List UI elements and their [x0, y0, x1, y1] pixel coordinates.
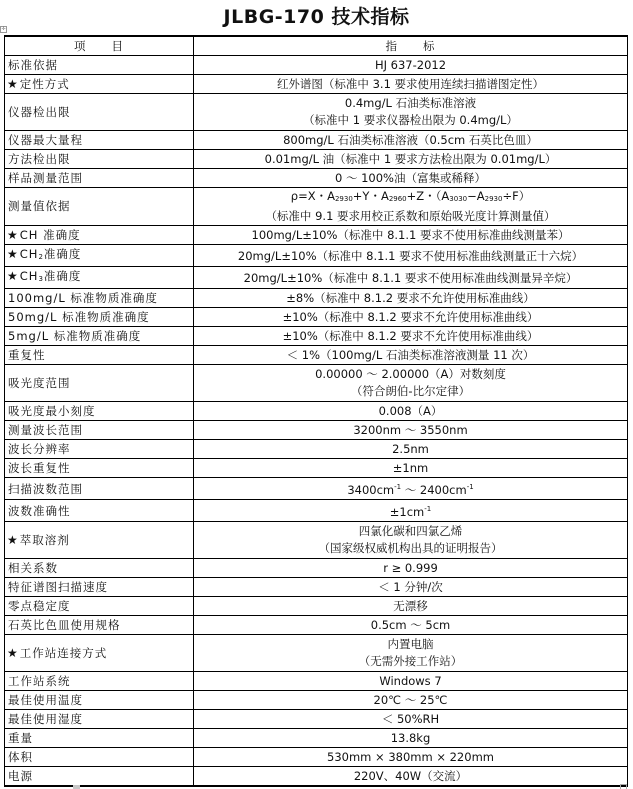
- value-line: 四氯化碳和四氯乙烯: [197, 523, 624, 540]
- star-icon: ★: [7, 646, 19, 660]
- spec-item-cell: ★工作站连接方式: [5, 635, 194, 672]
- formula-subscript: 3030: [449, 195, 467, 203]
- table-row: 仪器最大量程800mg/L 石油类标准溶液（0.5cm 石英比色皿）: [5, 131, 628, 150]
- table-row: 测量波长范围3200nm ～ 3550nm: [5, 421, 628, 440]
- spec-value-cell: 3400cm-1 ～ 2400cm-1: [194, 478, 628, 500]
- spec-item-cell: 波长分辨率: [5, 440, 194, 459]
- value-part: ～ 2400cm: [401, 483, 467, 497]
- table-row: 测量值依据ρ=X・A2930+Y・A2960+Z・（A3030−A2930÷F）…: [5, 188, 628, 226]
- header-spec: 指 标: [194, 36, 628, 56]
- item-label: 零点稳定度: [8, 599, 71, 613]
- value-line: ±8%（标准中 8.1.2 要求不允许使用标准曲线）: [197, 289, 624, 307]
- spec-item-cell: 重量: [5, 729, 194, 748]
- spec-value-cell: 100mg/L±10%（标准中 8.1.1 要求不使用标准曲线测量苯）: [194, 226, 628, 245]
- item-label: 样品测量范围: [8, 171, 83, 185]
- spec-value-cell: ρ=X・A2930+Y・A2960+Z・（A3030−A2930÷F）（标准中 …: [194, 188, 628, 226]
- item-label: 体积: [8, 750, 33, 764]
- spec-value-cell: ＜ 1 分钟/次: [194, 578, 628, 597]
- item-label: 最佳使用温度: [8, 693, 83, 707]
- spec-item-cell: 工作站系统: [5, 672, 194, 691]
- page-margin-marker: [73, 785, 80, 789]
- spec-item-cell: 吸光度最小刻度: [5, 402, 194, 421]
- formula-subscript: 2930: [335, 195, 353, 203]
- value-line: （符合朗伯-比尔定律）: [197, 383, 624, 400]
- value-line: 20mg/L±10%（标准中 8.1.1 要求不使用标准曲线测量正十六烷）: [197, 247, 624, 265]
- value-line: 3400cm-1 ～ 2400cm-1: [197, 478, 624, 499]
- table-row: ★CH2准确度20mg/L±10%（标准中 8.1.1 要求不使用标准曲线测量正…: [5, 245, 628, 267]
- table-row: 仪器检出限0.4mg/L 石油类标准溶液（标准中 1 要求仪器检出限为 0.4m…: [5, 94, 628, 131]
- formula-part: +Z・（A: [407, 189, 450, 203]
- table-row: 重量13.8kg: [5, 729, 628, 748]
- table-row: 波长重复性±1nm: [5, 459, 628, 478]
- spec-value-cell: Windows 7: [194, 672, 628, 691]
- spec-item-cell: 测量值依据: [5, 188, 194, 226]
- spec-value-cell: 无漂移: [194, 597, 628, 616]
- table-row: ★定性方式红外谱图（标准中 3.1 要求使用连续扫描谱图定性）: [5, 75, 628, 94]
- value-line: ＜ 1 分钟/次: [197, 578, 624, 596]
- table-row: 波长分辨率2.5nm: [5, 440, 628, 459]
- value-line: ＜ 50%RH: [197, 710, 624, 728]
- table-row: 重复性＜ 1%（100mg/L 石油类标准溶液测量 11 次）: [5, 346, 628, 365]
- spec-item-cell: 标准依据: [5, 56, 194, 75]
- item-label: CH 准确度: [20, 228, 81, 242]
- table-row: 吸光度最小刻度0.008（A）: [5, 402, 628, 421]
- star-icon: ★: [7, 77, 19, 91]
- value-part: 3400cm: [347, 483, 394, 497]
- spec-value-cell: 0.01mg/L 油（标准中 1 要求方法检出限为 0.01mg/L）: [194, 150, 628, 169]
- spec-item-cell: ★萃取溶剂: [5, 522, 194, 559]
- spec-value-cell: 13.8kg: [194, 729, 628, 748]
- value-line: 530mm × 380mm × 220mm: [197, 748, 624, 766]
- spec-value-cell: 0.008（A）: [194, 402, 628, 421]
- star-icon: ★: [7, 533, 19, 547]
- item-label: 工作站连接方式: [20, 646, 108, 660]
- item-label: 波长重复性: [8, 461, 71, 475]
- spec-value-cell: 220V、40W（交流）: [194, 767, 628, 787]
- value-line: 100mg/L±10%（标准中 8.1.1 要求不使用标准曲线测量苯）: [197, 226, 624, 244]
- table-row: 样品测量范围0 ～ 100%油（富集或稀释）: [5, 169, 628, 188]
- table-row: 扫描波数范围3400cm-1 ～ 2400cm-1: [5, 478, 628, 500]
- spec-item-cell: 50mg/L 标准物质准确度: [5, 308, 194, 327]
- item-label: 100mg/L 标准物质准确度: [8, 291, 158, 305]
- value-line: ±1cm-1: [197, 500, 624, 521]
- item-label: CH: [20, 269, 39, 283]
- spec-value-cell: ±1cm-1: [194, 500, 628, 522]
- spec-value-cell: ±8%（标准中 8.1.2 要求不允许使用标准曲线）: [194, 289, 628, 308]
- table-row: ★CH3准确度20mg/L±10%（标准中 8.1.1 要求不使用标准曲线测量异…: [5, 267, 628, 289]
- star-icon: ★: [7, 228, 19, 242]
- value-line: 无漂移: [197, 597, 624, 615]
- spec-value-cell: ±10%（标准中 8.1.2 要求不允许使用标准曲线）: [194, 308, 628, 327]
- item-label: 方法检出限: [8, 152, 71, 166]
- table-row: 方法检出限0.01mg/L 油（标准中 1 要求方法检出限为 0.01mg/L）: [5, 150, 628, 169]
- table-row: ★工作站连接方式内置电脑（无需外接工作站）: [5, 635, 628, 672]
- value-line: 内置电脑: [197, 636, 624, 653]
- spec-item-cell: ★定性方式: [5, 75, 194, 94]
- table-row: 50mg/L 标准物质准确度±10%（标准中 8.1.2 要求不允许使用标准曲线…: [5, 308, 628, 327]
- spec-item-cell: 方法检出限: [5, 150, 194, 169]
- table-row: 最佳使用温度20℃ ～ 25℃: [5, 691, 628, 710]
- value-line: 0.5cm ～ 5cm: [197, 616, 624, 634]
- item-label: 特征谱图扫描速度: [8, 580, 108, 594]
- table-row: 电源220V、40W（交流）: [5, 767, 628, 787]
- value-line: ρ=X・A2930+Y・A2960+Z・（A3030−A2930÷F）: [197, 188, 624, 208]
- value-superscript: -1: [424, 505, 431, 513]
- table-header-row: 项 目 指 标: [5, 36, 628, 56]
- spec-item-cell: ★CH2准确度: [5, 245, 194, 267]
- document-title: JLBG-170 技术指标: [0, 4, 633, 30]
- table-row: 零点稳定度无漂移: [5, 597, 628, 616]
- spec-value-cell: 800mg/L 石油类标准溶液（0.5cm 石英比色皿）: [194, 131, 628, 150]
- value-line: （国家级权威机构出具的证明报告）: [197, 540, 624, 557]
- table-row: 5mg/L 标准物质准确度±10%（标准中 8.1.2 要求不允许使用标准曲线）: [5, 327, 628, 346]
- spec-item-cell: ★CH 准确度: [5, 226, 194, 245]
- item-label: 萃取溶剂: [20, 533, 70, 547]
- spec-item-cell: 样品测量范围: [5, 169, 194, 188]
- table-row: 工作站系统Windows 7: [5, 672, 628, 691]
- spec-item-cell: 重复性: [5, 346, 194, 365]
- spec-item-cell: 5mg/L 标准物质准确度: [5, 327, 194, 346]
- table-resize-handle[interactable]: [620, 784, 627, 789]
- spec-item-cell: 零点稳定度: [5, 597, 194, 616]
- item-label: 最佳使用湿度: [8, 712, 83, 726]
- formula-subscript: 2930: [485, 195, 503, 203]
- item-label: 标准依据: [8, 58, 58, 72]
- spec-value-cell: 0.00000 ～ 2.00000（A）对数刻度（符合朗伯-比尔定律）: [194, 365, 628, 402]
- spec-item-cell: 吸光度范围: [5, 365, 194, 402]
- item-label: 吸光度最小刻度: [8, 404, 96, 418]
- value-line: r ≥ 0.999: [197, 559, 624, 577]
- table-row: 100mg/L 标准物质准确度±8%（标准中 8.1.2 要求不允许使用标准曲线…: [5, 289, 628, 308]
- spec-item-cell: 电源: [5, 767, 194, 787]
- formula-part: ÷F）: [502, 189, 530, 203]
- spec-item-cell: 100mg/L 标准物质准确度: [5, 289, 194, 308]
- spec-item-cell: 最佳使用温度: [5, 691, 194, 710]
- spec-item-cell: 相关系数: [5, 559, 194, 578]
- table-row: 最佳使用湿度＜ 50%RH: [5, 710, 628, 729]
- star-icon: ★: [7, 269, 19, 283]
- value-part: ±1cm: [390, 505, 424, 519]
- value-line: 0 ～ 100%油（富集或稀释）: [197, 169, 624, 187]
- table-row: 吸光度范围0.00000 ～ 2.00000（A）对数刻度（符合朗伯-比尔定律）: [5, 365, 628, 402]
- item-label: 扫描波数范围: [8, 482, 83, 496]
- formula-part: ρ=X・A: [291, 189, 335, 203]
- header-item: 项 目: [5, 36, 194, 56]
- spec-item-cell: 最佳使用湿度: [5, 710, 194, 729]
- value-line: 0.4mg/L 石油类标准溶液: [197, 95, 624, 112]
- spec-value-cell: 内置电脑（无需外接工作站）: [194, 635, 628, 672]
- value-line: Windows 7: [197, 672, 624, 690]
- spec-value-cell: HJ 637-2012: [194, 56, 628, 75]
- item-label: 仪器最大量程: [8, 133, 83, 147]
- value-line: 800mg/L 石油类标准溶液（0.5cm 石英比色皿）: [197, 131, 624, 149]
- star-icon: ★: [7, 247, 19, 261]
- spec-item-cell: 仪器最大量程: [5, 131, 194, 150]
- value-line: 0.00000 ～ 2.00000（A）对数刻度: [197, 366, 624, 383]
- table-move-handle-icon[interactable]: ✛: [0, 26, 7, 33]
- spec-item-cell: 石英比色皿使用规格: [5, 616, 194, 635]
- value-line: 0.01mg/L 油（标准中 1 要求方法检出限为 0.01mg/L）: [197, 150, 624, 168]
- spec-item-cell: 仪器检出限: [5, 94, 194, 131]
- spec-value-cell: 四氯化碳和四氯乙烯（国家级权威机构出具的证明报告）: [194, 522, 628, 559]
- item-label: 测量波长范围: [8, 423, 83, 437]
- item-label-rest: 准确度: [44, 247, 82, 261]
- item-label: 相关系数: [8, 561, 58, 575]
- value-line: ＜ 1%（100mg/L 石油类标准溶液测量 11 次）: [197, 346, 624, 364]
- spec-value-cell: ±1nm: [194, 459, 628, 478]
- value-superscript: -1: [467, 483, 474, 491]
- item-label: 吸光度范围: [8, 376, 71, 390]
- item-label: 重复性: [8, 348, 46, 362]
- value-line: 13.8kg: [197, 729, 624, 747]
- table-row: 石英比色皿使用规格0.5cm ～ 5cm: [5, 616, 628, 635]
- item-label: 50mg/L 标准物质准确度: [8, 310, 150, 324]
- formula-part: −A: [467, 189, 485, 203]
- item-label: 石英比色皿使用规格: [8, 618, 121, 632]
- item-label: 仪器检出限: [8, 105, 71, 119]
- table-row: ★CH 准确度100mg/L±10%（标准中 8.1.1 要求不使用标准曲线测量…: [5, 226, 628, 245]
- spec-table: 项 目 指 标 标准依据HJ 637-2012★定性方式红外谱图（标准中 3.1…: [4, 35, 628, 787]
- item-label: 工作站系统: [8, 674, 71, 688]
- value-line: （无需外接工作站）: [197, 653, 624, 670]
- item-label: 波数准确性: [8, 504, 71, 518]
- table-row: 波数准确性±1cm-1: [5, 500, 628, 522]
- item-label: 测量值依据: [8, 199, 71, 213]
- value-line: ±1nm: [197, 459, 624, 477]
- value-line: 2.5nm: [197, 440, 624, 458]
- value-line: 3200nm ～ 3550nm: [197, 421, 624, 439]
- value-line: 红外谱图（标准中 3.1 要求使用连续扫描谱图定性）: [197, 75, 624, 93]
- spec-value-cell: 530mm × 380mm × 220mm: [194, 748, 628, 767]
- item-label: 定性方式: [20, 77, 70, 91]
- table-row: 标准依据HJ 637-2012: [5, 56, 628, 75]
- value-line: 20mg/L±10%（标准中 8.1.1 要求不使用标准曲线测量异辛烷）: [197, 269, 624, 287]
- spec-value-cell: 20mg/L±10%（标准中 8.1.1 要求不使用标准曲线测量异辛烷）: [194, 267, 628, 289]
- item-label: 波长分辨率: [8, 442, 71, 456]
- table-row: 特征谱图扫描速度＜ 1 分钟/次: [5, 578, 628, 597]
- table-row: 相关系数r ≥ 0.999: [5, 559, 628, 578]
- spec-item-cell: 波长重复性: [5, 459, 194, 478]
- value-line: （标准中 9.1 要求用校正系数和原始吸光度计算测量值）: [197, 208, 624, 225]
- spec-item-cell: 扫描波数范围: [5, 478, 194, 500]
- item-label: 5mg/L 标准物质准确度: [8, 329, 141, 343]
- table-row: ★萃取溶剂四氯化碳和四氯乙烯（国家级权威机构出具的证明报告）: [5, 522, 628, 559]
- spec-value-cell: 20℃ ～ 25℃: [194, 691, 628, 710]
- spec-value-cell: 2.5nm: [194, 440, 628, 459]
- spec-value-cell: 0 ～ 100%油（富集或稀释）: [194, 169, 628, 188]
- spec-value-cell: 3200nm ～ 3550nm: [194, 421, 628, 440]
- spec-item-cell: ★CH3准确度: [5, 267, 194, 289]
- value-line: HJ 637-2012: [197, 56, 624, 74]
- item-label: CH: [20, 247, 39, 261]
- spec-value-cell: 0.4mg/L 石油类标准溶液（标准中 1 要求仪器检出限为 0.4mg/L）: [194, 94, 628, 131]
- value-line: 220V、40W（交流）: [197, 767, 624, 785]
- value-line: ±10%（标准中 8.1.2 要求不允许使用标准曲线）: [197, 327, 624, 345]
- table-row: 体积530mm × 380mm × 220mm: [5, 748, 628, 767]
- spec-value-cell: ±10%（标准中 8.1.2 要求不允许使用标准曲线）: [194, 327, 628, 346]
- spec-value-cell: 0.5cm ～ 5cm: [194, 616, 628, 635]
- item-label: 电源: [8, 769, 33, 783]
- item-label-rest: 准确度: [44, 269, 82, 283]
- spec-item-cell: 测量波长范围: [5, 421, 194, 440]
- spec-item-cell: 特征谱图扫描速度: [5, 578, 194, 597]
- spec-value-cell: 20mg/L±10%（标准中 8.1.1 要求不使用标准曲线测量正十六烷）: [194, 245, 628, 267]
- item-label: 重量: [8, 731, 33, 745]
- spec-item-cell: 体积: [5, 748, 194, 767]
- value-line: 0.008（A）: [197, 402, 624, 420]
- spec-value-cell: 红外谱图（标准中 3.1 要求使用连续扫描谱图定性）: [194, 75, 628, 94]
- spec-value-cell: ＜ 1%（100mg/L 石油类标准溶液测量 11 次）: [194, 346, 628, 365]
- value-line: ±10%（标准中 8.1.2 要求不允许使用标准曲线）: [197, 308, 624, 326]
- spec-item-cell: 波数准确性: [5, 500, 194, 522]
- spec-value-cell: ＜ 50%RH: [194, 710, 628, 729]
- value-line: （标准中 1 要求仪器检出限为 0.4mg/L）: [197, 112, 624, 129]
- formula-part: +Y・A: [353, 189, 389, 203]
- formula-subscript: 2960: [389, 195, 407, 203]
- spec-value-cell: r ≥ 0.999: [194, 559, 628, 578]
- value-line: 20℃ ～ 25℃: [197, 691, 624, 709]
